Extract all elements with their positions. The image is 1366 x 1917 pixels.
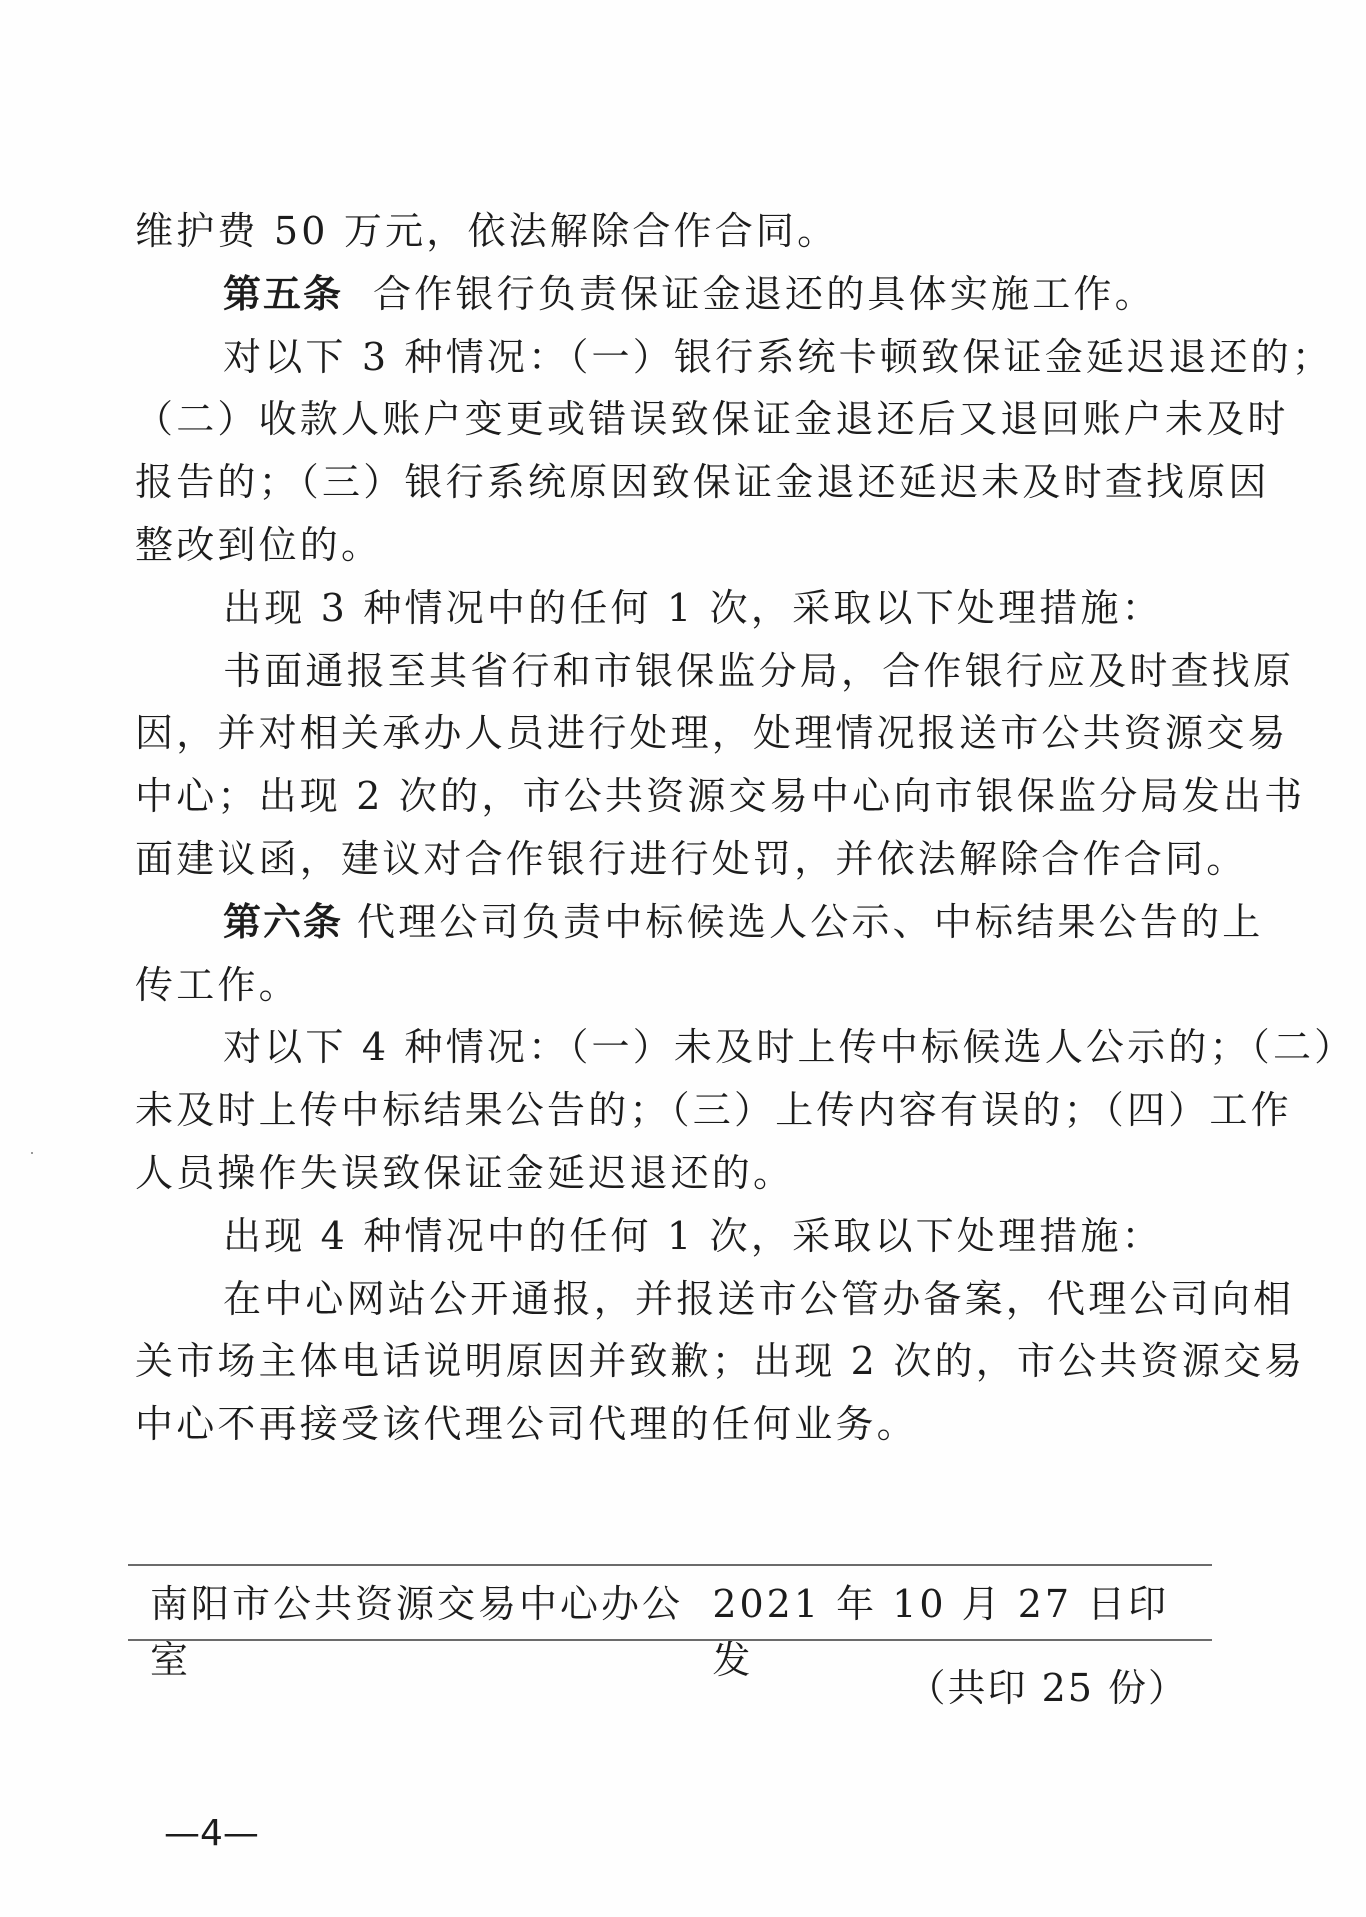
page-number: —4—: [164, 1812, 259, 1856]
article-5-label: 第五条: [223, 272, 343, 316]
article-5-heading-line: 第五条合作银行负责保证金退还的具体实施工作。: [135, 263, 1213, 326]
article-6-label: 第六条: [223, 900, 343, 944]
text-line: 出现 3 种情况中的任何 1 次，采取以下处理措施：: [135, 577, 1213, 640]
issue-date: 2021 年 10 月 27 日印发: [712, 1576, 1200, 1632]
text-line: 传工作。: [135, 954, 1213, 1017]
text-line: 对以下 3 种情况：（一）银行系统卡顿致保证金延迟退还的；: [135, 326, 1213, 389]
article-6-heading-line: 第六条代理公司负责中标候选人公示、中标结果公告的上: [135, 891, 1213, 954]
footer-rule-top: [128, 1564, 1212, 1566]
text-line: 书面通报至其省行和市银保监分局，合作银行应及时查找原: [135, 640, 1213, 703]
issuer-line: 南阳市公共资源交易中心办公室 2021 年 10 月 27 日印发: [150, 1576, 1200, 1632]
text-line: 关市场主体电话说明原因并致歉；出现 2 次的，市公共资源交易: [135, 1330, 1213, 1393]
text-line: 报告的；（三）银行系统原因致保证金退还延迟未及时查找原因: [135, 451, 1213, 514]
text-line: 未及时上传中标结果公告的；（三）上传内容有误的；（四）工作: [135, 1079, 1213, 1142]
footer-rule-bottom: [128, 1639, 1212, 1641]
text-line: 出现 4 种情况中的任何 1 次，采取以下处理措施：: [135, 1205, 1213, 1268]
article-6-text: 代理公司负责中标候选人公示、中标结果公告的上: [357, 900, 1263, 944]
document-page: 维护费 50 万元，依法解除合作合同。 第五条合作银行负责保证金退还的具体实施工…: [0, 0, 1366, 1917]
print-copies: （共印 25 份）: [907, 1660, 1188, 1716]
article-5-text: 合作银行负责保证金退还的具体实施工作。: [373, 272, 1156, 316]
document-body: 维护费 50 万元，依法解除合作合同。 第五条合作银行负责保证金退还的具体实施工…: [135, 200, 1213, 1456]
text-line: 中心；出现 2 次的，市公共资源交易中心向市银保监分局发出书: [135, 765, 1213, 828]
text-line: 对以下 4 种情况：（一）未及时上传中标候选人公示的；（二）: [135, 1016, 1213, 1079]
text-line: 中心不再接受该代理公司代理的任何业务。: [135, 1393, 1213, 1456]
text-line: 因，并对相关承办人员进行处理，处理情况报送市公共资源交易: [135, 702, 1213, 765]
text-line: 面建议函，建议对合作银行进行处罚，并依法解除合作合同。: [135, 828, 1213, 891]
text-line: 在中心网站公开通报，并报送市公管办备案，代理公司向相: [135, 1268, 1213, 1331]
scan-artifact: [31, 1152, 33, 1154]
text-line: 人员操作失误致保证金延迟退还的。: [135, 1142, 1213, 1205]
text-line: 维护费 50 万元，依法解除合作合同。: [135, 200, 1213, 263]
text-line: （二）收款人账户变更或错误致保证金退还后又退回账户未及时: [135, 388, 1213, 451]
text-line: 整改到位的。: [135, 514, 1213, 577]
issuer-name: 南阳市公共资源交易中心办公室: [150, 1576, 712, 1632]
